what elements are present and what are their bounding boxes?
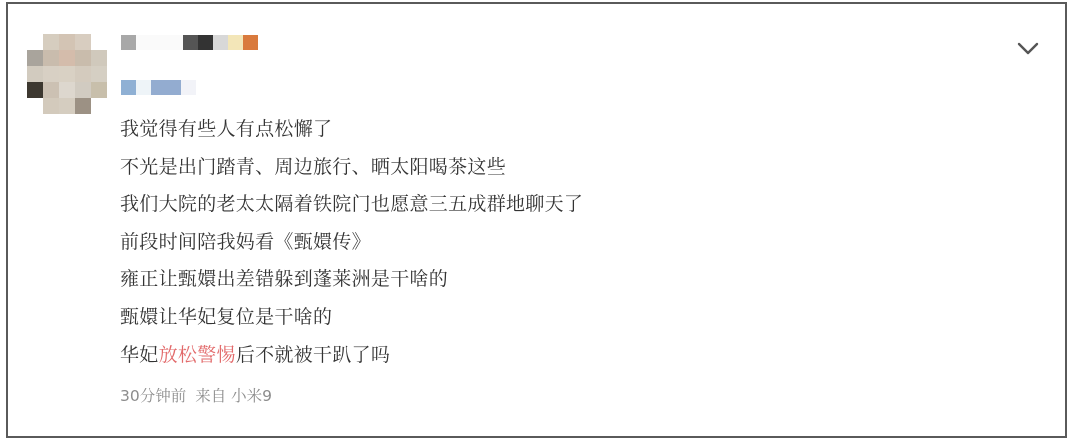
comment-meta: 30分钟前来自 小米9 bbox=[120, 384, 272, 406]
avatar-pixel bbox=[91, 82, 107, 98]
username-pixel bbox=[121, 35, 136, 50]
badge-pixel bbox=[181, 80, 196, 95]
avatar-pixel bbox=[43, 66, 59, 82]
avatar[interactable] bbox=[27, 34, 107, 114]
badge-pixel bbox=[136, 80, 151, 95]
highlighted-keyword: 放松警惕 bbox=[159, 344, 236, 366]
comment-line: 我觉得有些人有点松懈了 bbox=[120, 111, 583, 149]
avatar-pixel bbox=[91, 98, 107, 114]
username-pixel bbox=[136, 35, 183, 50]
avatar-pixel bbox=[75, 66, 91, 82]
avatar-pixel bbox=[75, 50, 91, 66]
username-pixel bbox=[228, 35, 243, 50]
avatar-pixel bbox=[43, 82, 59, 98]
avatar-pixel bbox=[75, 34, 91, 50]
source-device: 来自 小米9 bbox=[195, 387, 272, 405]
avatar-pixel bbox=[59, 98, 75, 114]
avatar-pixel bbox=[43, 98, 59, 114]
line-text-after: 后不就被干趴了吗 bbox=[236, 344, 390, 366]
avatar-pixel bbox=[75, 98, 91, 114]
comment-body: 我觉得有些人有点松懈了 不光是出门踏青、周边旅行、晒太阳喝茶这些 我们大院的老太… bbox=[120, 111, 583, 374]
avatar-pixel bbox=[59, 66, 75, 82]
avatar-pixel bbox=[59, 50, 75, 66]
comment-line-with-highlight: 华妃放松警惕后不就被干趴了吗 bbox=[120, 337, 583, 375]
comment-line: 我们大院的老太太隔着铁院门也愿意三五成群地聊天了 bbox=[120, 186, 583, 224]
avatar-pixel bbox=[91, 50, 107, 66]
chevron-down-icon bbox=[1016, 38, 1040, 58]
comment-line: 雍正让甄嬛出差错躲到蓬莱洲是干啥的 bbox=[120, 261, 583, 299]
avatar-pixel bbox=[27, 82, 43, 98]
timestamp: 30分钟前 bbox=[120, 387, 186, 405]
more-options-button[interactable] bbox=[1016, 38, 1040, 58]
username-pixel bbox=[198, 35, 213, 50]
avatar-pixel bbox=[91, 66, 107, 82]
avatar-pixel bbox=[91, 34, 107, 50]
avatar-pixel bbox=[43, 50, 59, 66]
avatar-pixel bbox=[27, 50, 43, 66]
badge-pixel bbox=[121, 80, 136, 95]
comment-card: 我觉得有些人有点松懈了 不光是出门踏青、周边旅行、晒太阳喝茶这些 我们大院的老太… bbox=[6, 2, 1067, 438]
avatar-pixel bbox=[59, 34, 75, 50]
avatar-pixel bbox=[59, 82, 75, 98]
avatar-pixel bbox=[43, 34, 59, 50]
line-text-before: 华妃 bbox=[120, 344, 159, 366]
avatar-pixel bbox=[27, 34, 43, 50]
comment-line: 前段时间陪我妈看《甄嬛传》 bbox=[120, 224, 583, 262]
badge-pixel bbox=[151, 80, 181, 95]
username-pixel bbox=[213, 35, 228, 50]
avatar-pixel bbox=[75, 82, 91, 98]
comment-line: 甄嬛让华妃复位是干啥的 bbox=[120, 299, 583, 337]
username-pixel bbox=[183, 35, 198, 50]
avatar-pixel bbox=[27, 66, 43, 82]
username-blurred[interactable] bbox=[121, 35, 258, 50]
avatar-pixel bbox=[27, 98, 43, 114]
comment-line: 不光是出门踏青、周边旅行、晒太阳喝茶这些 bbox=[120, 149, 583, 187]
username-pixel bbox=[243, 35, 258, 50]
user-badge-blurred bbox=[121, 80, 196, 95]
